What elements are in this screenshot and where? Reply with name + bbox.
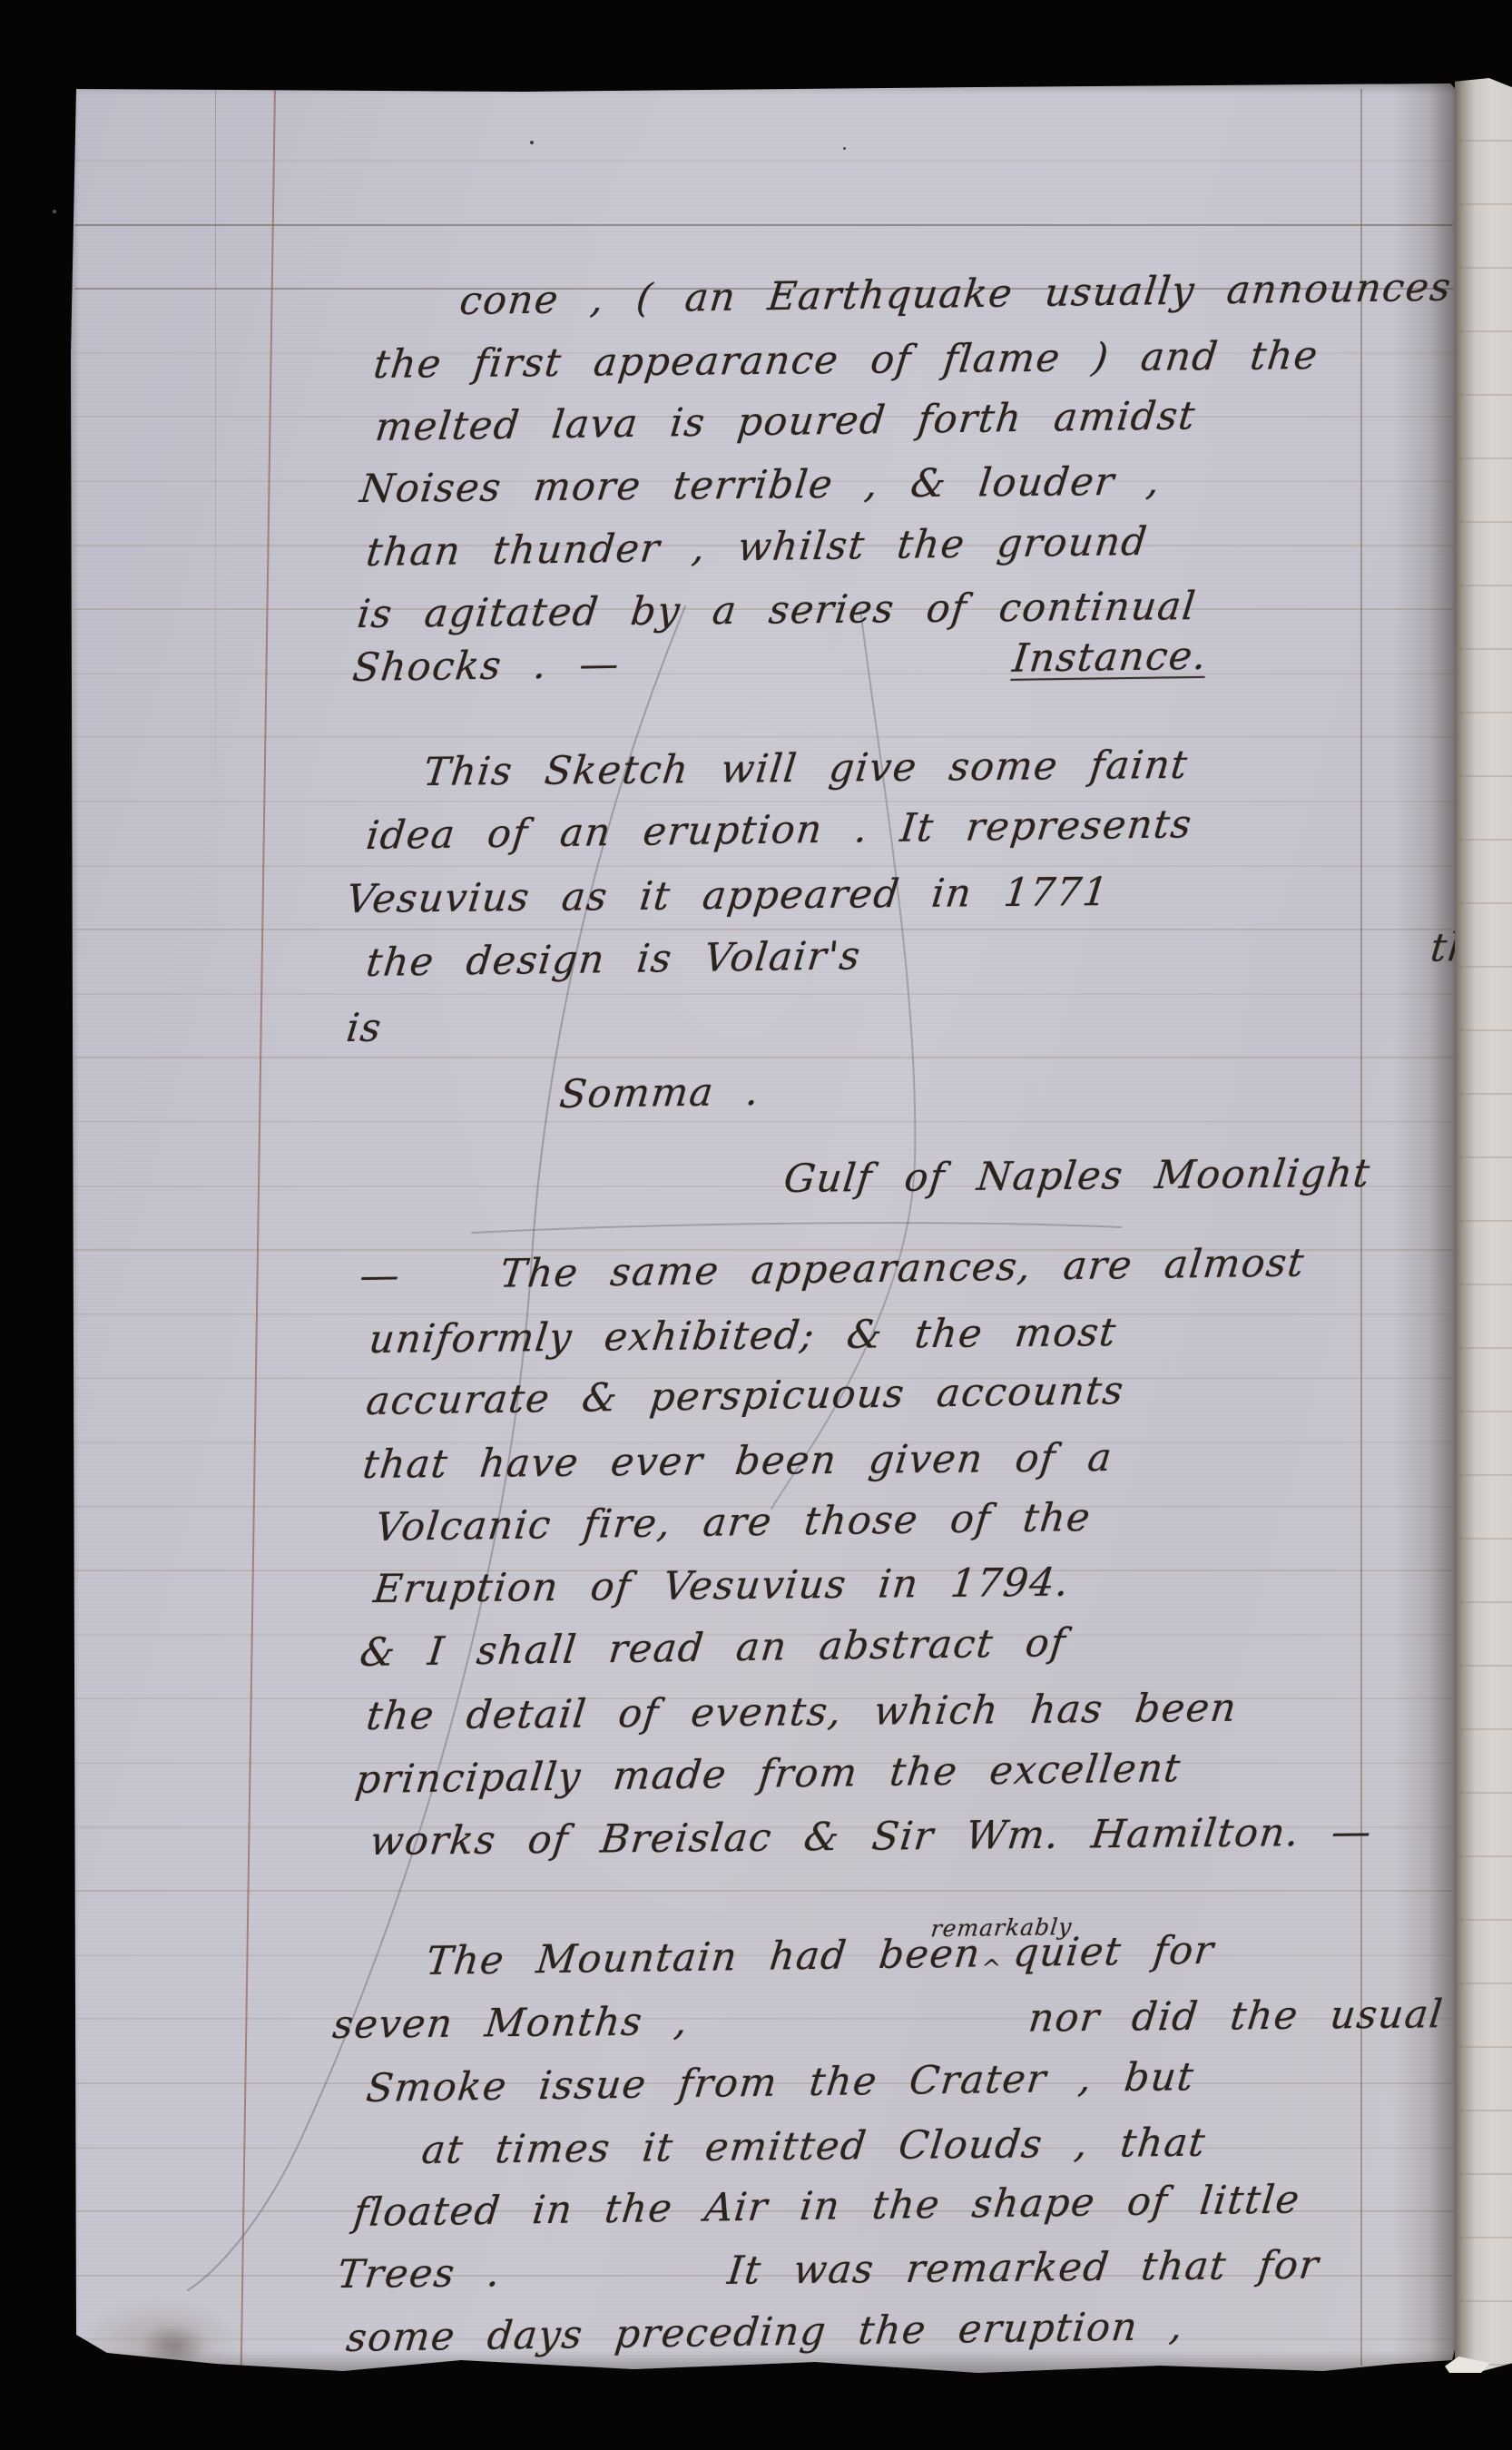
ruled-line xyxy=(74,224,1453,226)
caret-icon: ^ xyxy=(979,1957,1003,1981)
handwriting-text: seven Months , xyxy=(330,1999,691,2048)
handwriting-line: cone , ( an Earthquake usually announces xyxy=(457,256,1455,333)
handwriting-line: Gulf of Naples Moonlight xyxy=(781,1142,1374,1211)
handwriting-text: Smoke issue from the Crater , but xyxy=(364,2054,1197,2111)
handwriting-line: melted lava is poured forth amidst xyxy=(372,384,1199,459)
handwriting-line: principally made from the excellent xyxy=(352,1737,1184,1812)
handwriting-text: than thunder , whilst the ground xyxy=(364,519,1150,576)
handwriting-text: the first appearance of flame ) and the xyxy=(371,333,1321,388)
handwriting-line: accurate & perspicuous accounts xyxy=(363,1359,1127,1433)
handwriting-text: cone , ( an Earthquake usually announces xyxy=(457,265,1454,324)
page-top-edge-shadow xyxy=(71,84,1458,94)
inserted-word: remarkably xyxy=(929,1915,1073,1940)
handwriting-text: that have ever been given of a xyxy=(360,1435,1115,1488)
handwriting-text: Volcanic fire, are those of the xyxy=(373,1495,1094,1550)
ruled-line xyxy=(74,993,1453,995)
handwriting-line: is xyxy=(343,997,386,1060)
handwriting-text: principally made from the excellent xyxy=(353,1746,1183,1803)
handwriting-text: The same appearances, are almost xyxy=(498,1240,1308,1296)
handwriting-text: — xyxy=(358,1253,403,1299)
ruled-line xyxy=(74,1890,1453,1892)
handwriting-text: Noises more terrible , & louder , xyxy=(358,458,1163,512)
handwriting-line: Vesuvius as it appeared in 1771 xyxy=(343,861,1113,931)
handwriting-text: the design is Volair's xyxy=(364,933,863,986)
page-left-edge-shadow xyxy=(71,84,79,2376)
handwriting-line: Shocks . —Instance. xyxy=(349,625,1211,700)
handwriting-line: The Mountain had been^remarkablyquiet fo… xyxy=(423,1919,1218,1993)
ink-speck xyxy=(843,147,846,150)
dust-speck xyxy=(53,210,56,213)
handwriting-text: It was remarked that for xyxy=(725,2243,1321,2294)
handwriting-line: than thunder , whilst the ground xyxy=(363,510,1151,585)
handwriting-text: Somma . xyxy=(557,1069,762,1117)
handwriting-text: Gulf of Naples Moonlight xyxy=(781,1151,1373,1202)
handwriting-line: works of Breislac & Sir Wm. Hamilton. — xyxy=(367,1800,1376,1874)
handwriting-line: seven Months ,nor did the usual xyxy=(329,1983,1447,2057)
handwriting-text: melted lava is poured forth amidst xyxy=(373,393,1198,450)
handwriting-line: Noises more terrible , & louder , xyxy=(357,449,1164,521)
ruled-line xyxy=(74,160,1453,162)
handwriting-text: the detail of events, which has been xyxy=(364,1686,1240,1739)
handwriting-text: floated in the Air in the shape of littl… xyxy=(351,2177,1302,2236)
handwriting-line: Volcanic fire, are those of the xyxy=(372,1486,1095,1560)
next-page-edge xyxy=(1455,78,1512,2375)
pencil-stroke-horizontal xyxy=(472,1223,1121,1233)
handwriting-text: Trees . xyxy=(335,2250,504,2297)
handwriting-line: Smoke issue from the Crater , but xyxy=(363,2045,1198,2120)
handwriting-text: Vesuvius as it appeared in 1771 xyxy=(344,870,1111,922)
photo-backdrop: cone , ( an Earthquake usually announces… xyxy=(0,0,1512,2450)
handwriting-text: Instance. xyxy=(1010,634,1209,682)
handwriting-line: Somma . xyxy=(556,1060,763,1127)
handwriting-text: is xyxy=(344,1006,384,1051)
handwriting-line: —The same appearances, are almost xyxy=(357,1231,1308,1308)
handwriting-text: uniformly exhibited; & the most xyxy=(367,1310,1119,1363)
handwriting-text: idea of an eruption . It represents xyxy=(364,802,1194,859)
stain-mark-dark xyxy=(142,2324,207,2369)
page-bottom-edge-shadow xyxy=(71,2351,1458,2376)
handwriting-text: Shocks . — xyxy=(350,642,623,691)
handwriting-text: accurate & perspicuous accounts xyxy=(364,1368,1126,1424)
handwriting-text: & I shall read an abstract of xyxy=(358,1620,1068,1676)
ruled-line xyxy=(74,1121,1453,1123)
manuscript-page: cone , ( an Earthquake usually announces… xyxy=(71,84,1458,2376)
handwriting-line: & I shall read an abstract of xyxy=(357,1611,1070,1685)
handwriting-text: nor did the usual xyxy=(1026,1992,1446,2041)
handwriting-line: idea of an eruption . It represents xyxy=(363,792,1195,868)
left-margin-line xyxy=(241,87,276,2371)
handwriting-text: at times it emitted Clouds , that xyxy=(419,2120,1208,2173)
insertion-mark: ^remarkably xyxy=(979,1927,1007,1966)
handwriting-text: Eruption of Vesuvius in 1794. xyxy=(371,1560,1072,1612)
binding-gutter-shadow xyxy=(1393,84,1458,2376)
paper-crease xyxy=(215,84,216,946)
handwriting-line: Eruption of Vesuvius in 1794. xyxy=(370,1551,1073,1621)
handwriting-text: works of Breislac & Sir Wm. Hamilton. — xyxy=(368,1809,1374,1865)
ruled-line xyxy=(74,1057,1453,1058)
handwriting-text: This Sketch will give some faint xyxy=(421,743,1191,795)
ink-speck xyxy=(530,141,534,144)
handwriting-line: floated in the Air in the shape of littl… xyxy=(350,2168,1303,2245)
handwriting-text: The Mountain had been xyxy=(424,1931,983,1984)
